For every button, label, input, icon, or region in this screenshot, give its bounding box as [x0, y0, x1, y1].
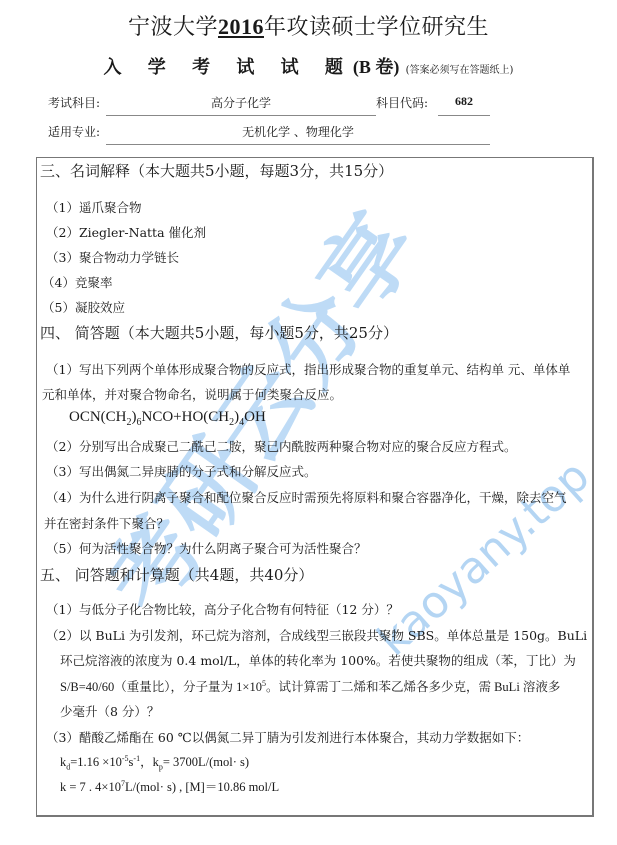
exam-year: 2016	[218, 14, 264, 39]
section-3-item-5: （5）凝胶效应	[42, 298, 125, 316]
section-3-item-2: （2）Ziegler-Natta 催化剂	[46, 223, 206, 241]
section-4-item-4a: （4）为什么进行阴离子聚合和配位聚合反应时需预先将原料和聚合容器净化，干燥，除去…	[46, 488, 566, 506]
section-3-item-4: （4）竞聚率	[42, 273, 112, 291]
section-4-heading: 四、 简答题（本大题共5小题，每小题5分，共25分）	[40, 322, 398, 343]
section-5-item-2a: （2）以 BuLi 为引发剂，环己烷为溶剂，合成线型三嵌段共聚物 SBS。单体总…	[46, 626, 587, 644]
section-5-item-2c: S/B=40/60（重量比），分子量为 1×105。试计算需丁二烯和苯乙烯各多少…	[60, 677, 560, 695]
section-5-item-2b: 环己烷溶液的浓度为 0.4 mol/L，单体的转化率为 100%。若使共聚物的组…	[60, 651, 576, 669]
kinetics-kt-m: k = 7 . 4×107L/(mol· s) , [M]＝10.86 mol/…	[60, 777, 279, 795]
section-5-heading: 五、 问答题和计算题（共4题，共40分）	[40, 564, 313, 585]
section-5-item-3: （3）醋酸乙烯酯在 60 ℃以偶氮二异丁腈为引发剂进行本体聚合，其动力学数据如下…	[46, 728, 529, 746]
major-value: 无机化学 、物理化学	[106, 123, 490, 140]
answer-note: (答案必须写在答题纸上)	[406, 65, 514, 76]
exam-subtitle: 入 学 考 试 试 题(B 卷) (答案必须写在答题纸上)	[0, 53, 617, 79]
title-suffix: 年攻读硕士学位研究生	[264, 15, 489, 40]
section-3-item-1: （1）遥爪聚合物	[46, 198, 141, 216]
monomer-formula: OCN(CH2)6NCO+HO(CH2)4OH	[69, 409, 266, 428]
section-4-item-3: （3）写出偶氮二异庚腈的分子式和分解反应式。	[46, 462, 316, 480]
major-label: 适用专业:	[48, 123, 100, 140]
code-underline	[438, 115, 490, 116]
code-label: 科目代码:	[376, 94, 428, 111]
volume-label: (B 卷)	[353, 57, 400, 77]
major-underline	[106, 144, 490, 145]
section-3-item-3: （3）聚合物动力学链长	[46, 248, 179, 266]
section-4-item-5: （5）何为活性聚合物？为什么阴离子聚合可为活性聚合？	[46, 539, 366, 557]
exam-title: 宁波大学2016年攻读硕士学位研究生	[0, 10, 617, 41]
section-4-item-2: （2）分别写出合成聚己二酰己二胺，聚己内酰胺两种聚合物对应的聚合反应方程式。	[46, 437, 516, 455]
subject-underline	[106, 115, 376, 116]
kinetics-kd-kp: kd=1.16 ×10-5s-1，kp= 3700L/(mol· s)	[60, 752, 249, 772]
section-4-item-1a: （1）写出下列两个单体形成聚合物的反应式，指出形成聚合物的重复单元、结构单 元、…	[46, 360, 570, 378]
section-5-item-2d: 少毫升（8 分）？	[60, 702, 159, 720]
subject-value: 高分子化学	[106, 94, 376, 111]
university-name: 宁波大学	[128, 15, 218, 40]
subject-label: 考试科目:	[48, 94, 100, 111]
section-3-heading: 三、名词解释（本大题共5小题，每题3分，共15分）	[40, 160, 393, 181]
code-value: 682	[438, 94, 490, 109]
section-4-item-1b: 元和单体，并对聚合物命名，说明属于何类聚合反应。	[42, 385, 342, 403]
section-4-item-4b: 并在密封条件下聚合？	[44, 514, 169, 532]
section-5-item-1: （1）与低分子化合物比较，高分子化合物有何特征（12 分）？	[46, 600, 399, 618]
subtitle-text: 入 学 考 试 试 题	[104, 57, 353, 78]
